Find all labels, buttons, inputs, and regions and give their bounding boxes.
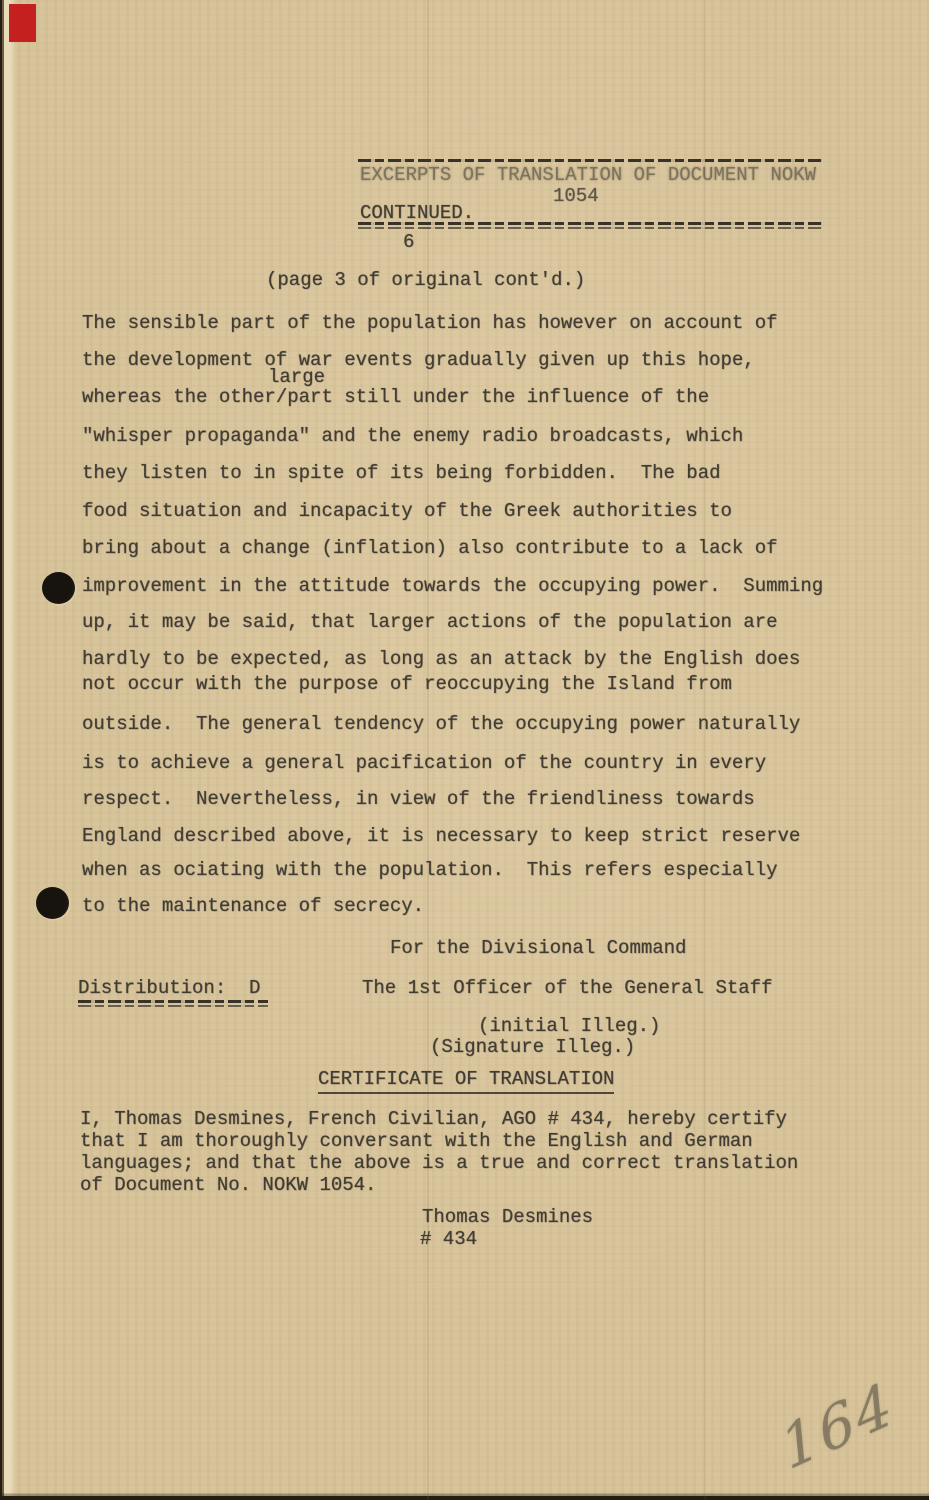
body-line-2: the development of war events gradually … — [82, 349, 755, 371]
red-corner-mark — [9, 4, 36, 42]
certificate-line-4: of Document No. NOKW 1054. — [80, 1174, 376, 1196]
hole-punch — [36, 887, 69, 919]
signatory-number: # 434 — [420, 1228, 477, 1250]
document-number: 1054 — [553, 185, 599, 207]
paper-crease — [704, 0, 706, 1500]
distribution-label: Distribution: D — [78, 977, 260, 999]
body-line-7: bring about a change (inflation) also co… — [82, 537, 778, 559]
officer-line: The 1st Officer of the General Staff — [362, 977, 772, 999]
body-line-8: improvement in the attitude towards the … — [82, 575, 823, 597]
header-bottom-rule-2 — [358, 227, 822, 229]
certificate-heading: CERTIFICATE OF TRANSLATION — [318, 1068, 614, 1094]
body-line-13: is to achieve a general pacification of … — [82, 752, 766, 774]
signature-note: (Signature Illeg.) — [430, 1036, 635, 1058]
distribution-underline-2 — [78, 1005, 268, 1007]
body-line-16: when as ociating with the population. Th… — [82, 859, 778, 881]
certificate-line-1: I, Thomas Desmines, French Civilian, AGO… — [80, 1108, 787, 1130]
inserted-word: large — [268, 366, 325, 388]
certificate-line-3: languages; and that the above is a true … — [80, 1152, 798, 1174]
certificate-line-2: that I am thoroughly conversant with the… — [80, 1130, 753, 1152]
typed-page-number: 6 — [403, 231, 414, 253]
handwritten-page-number: 164 — [774, 1369, 902, 1484]
scan-bottom-edge — [0, 1493, 929, 1500]
body-line-11: not occur with the purpose of reoccupyin… — [82, 673, 732, 695]
page-note: (page 3 of original cont'd.) — [266, 269, 585, 291]
body-line-5: they listen to in spite of its being for… — [82, 462, 721, 484]
body-line-9: up, it may be said, that larger actions … — [82, 611, 778, 633]
initial-note: (initial Illeg.) — [478, 1015, 660, 1037]
hole-punch — [42, 572, 75, 604]
header-bottom-rule — [358, 222, 822, 225]
scanned-document-page: EXCERPTS OF TRANSLATION OF DOCUMENT NOKW… — [0, 0, 929, 1500]
distribution-underline — [78, 1000, 268, 1003]
body-line-15: England described above, it is necessary… — [82, 825, 800, 847]
signatory-name: Thomas Desmines — [422, 1206, 593, 1228]
body-line-12: outside. The general tendency of the occ… — [82, 713, 800, 735]
document-title: EXCERPTS OF TRANSLATION OF DOCUMENT NOKW — [360, 164, 816, 186]
header-top-rule — [358, 159, 822, 162]
body-line-10: hardly to be expected, as long as an att… — [82, 648, 800, 670]
for-divisional-command-line: For the Divisional Command — [390, 937, 686, 959]
continued-label: CONTINUED. — [360, 202, 474, 224]
body-line-4: "whisper propaganda" and the enemy radio… — [82, 425, 743, 447]
paper-crease — [427, 0, 429, 1500]
body-line-1: The sensible part of the population has … — [82, 312, 778, 334]
scan-left-edge — [0, 0, 16, 1500]
body-line-17: to the maintenance of secrecy. — [82, 895, 424, 917]
body-line-14: respect. Nevertheless, in view of the fr… — [82, 788, 755, 810]
body-line-6: food situation and incapacity of the Gre… — [82, 500, 732, 522]
body-line-3: whereas the other/part still under the i… — [82, 386, 709, 408]
